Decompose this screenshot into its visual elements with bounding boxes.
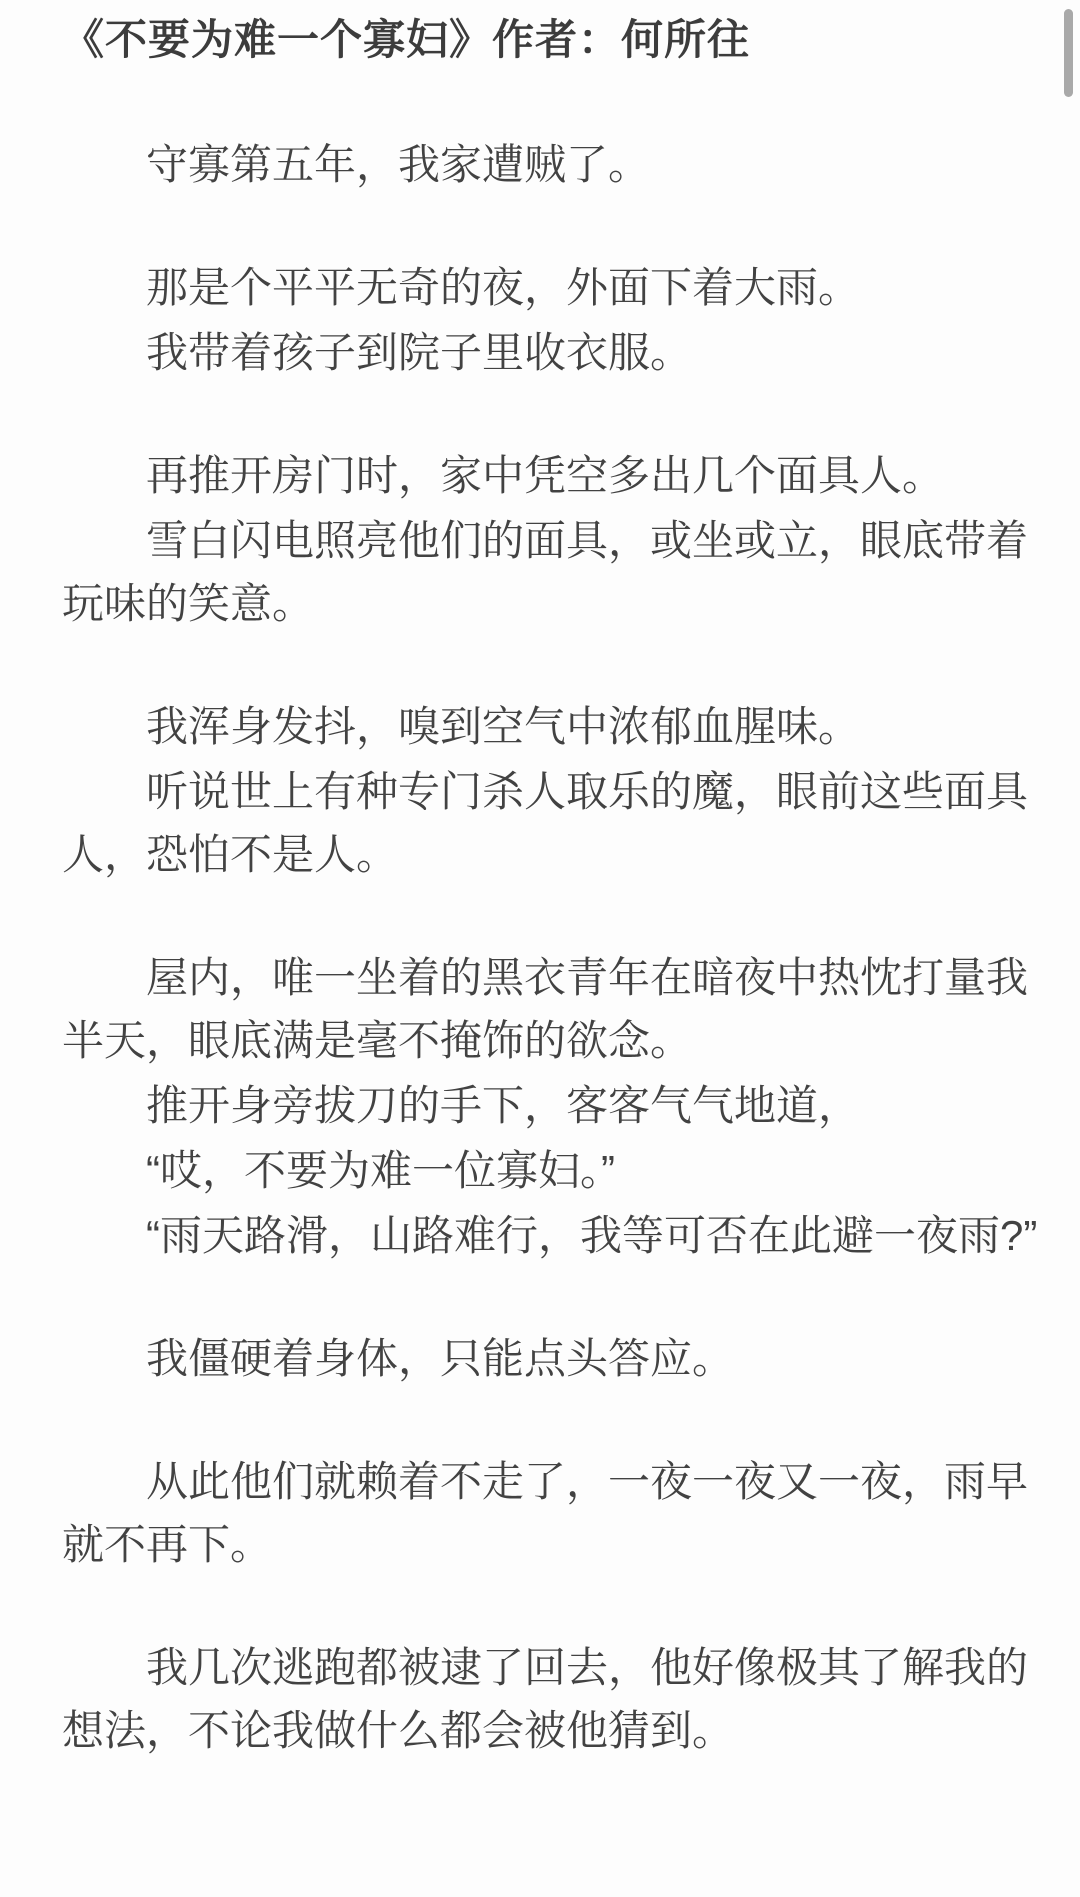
paragraph: 听说世上有种专门杀人取乐的魔，眼前这些面具人，恐怕不是人。 — [62, 760, 1046, 886]
paragraph: 我浑身发抖，嗅到空气中浓郁血腥味。 — [62, 695, 1046, 758]
paragraph: 守寡第五年，我家遭贼了。 — [62, 133, 1046, 196]
paragraph-group: 从此他们就赖着不走了，一夜一夜又一夜，雨早就不再下。 — [62, 1450, 1046, 1576]
scrollbar-thumb[interactable] — [1064, 9, 1073, 97]
reader-page: 《不要为难一个寡妇》作者：何所往 守寡第五年，我家遭贼了。那是个平平无奇的夜，外… — [0, 0, 1080, 1897]
paragraph: 再推开房门时，家中凭空多出几个面具人。 — [62, 444, 1046, 507]
paragraph: 那是个平平无奇的夜，外面下着大雨。 — [62, 256, 1046, 319]
paragraph-group: 我僵硬着身体，只能点头答应。 — [62, 1327, 1046, 1390]
paragraph-group: 我几次逃跑都被逮了回去，他好像极其了解我的想法，不论我做什么都会被他猜到。 — [62, 1636, 1046, 1762]
paragraph-group: 那是个平平无奇的夜，外面下着大雨。我带着孩子到院子里收衣服。 — [62, 256, 1046, 384]
paragraph: 我僵硬着身体，只能点头答应。 — [62, 1327, 1046, 1390]
paragraph: 屋内，唯一坐着的黑衣青年在暗夜中热忱打量我半天，眼底满是毫不掩饰的欲念。 — [62, 946, 1046, 1072]
paragraph: 我几次逃跑都被逮了回去，他好像极其了解我的想法，不论我做什么都会被他猜到。 — [62, 1636, 1046, 1762]
paragraph: 从此他们就赖着不走了，一夜一夜又一夜，雨早就不再下。 — [62, 1450, 1046, 1576]
paragraph-group: 再推开房门时，家中凭空多出几个面具人。雪白闪电照亮他们的面具，或坐或立，眼底带着… — [62, 444, 1046, 635]
page-title: 《不要为难一个寡妇》作者：何所往 — [62, 8, 1046, 71]
paragraph-group: 我浑身发抖，嗅到空气中浓郁血腥味。听说世上有种专门杀人取乐的魔，眼前这些面具人，… — [62, 695, 1046, 886]
paragraph: 雪白闪电照亮他们的面具，或坐或立，眼底带着玩味的笑意。 — [62, 509, 1046, 635]
paragraph-group: 守寡第五年，我家遭贼了。 — [62, 133, 1046, 196]
paragraph: 推开身旁拔刀的手下，客客气气地道， — [62, 1074, 1046, 1137]
paragraph: 我带着孩子到院子里收衣服。 — [62, 321, 1046, 384]
story-content: 守寡第五年，我家遭贼了。那是个平平无奇的夜，外面下着大雨。我带着孩子到院子里收衣… — [62, 133, 1046, 1762]
paragraph: “哎，不要为难一位寡妇。” — [62, 1139, 1046, 1202]
paragraph-group: 屋内，唯一坐着的黑衣青年在暗夜中热忱打量我半天，眼底满是毫不掩饰的欲念。推开身旁… — [62, 946, 1046, 1267]
paragraph: “雨天路滑，山路难行，我等可否在此避一夜雨?” — [62, 1204, 1046, 1267]
